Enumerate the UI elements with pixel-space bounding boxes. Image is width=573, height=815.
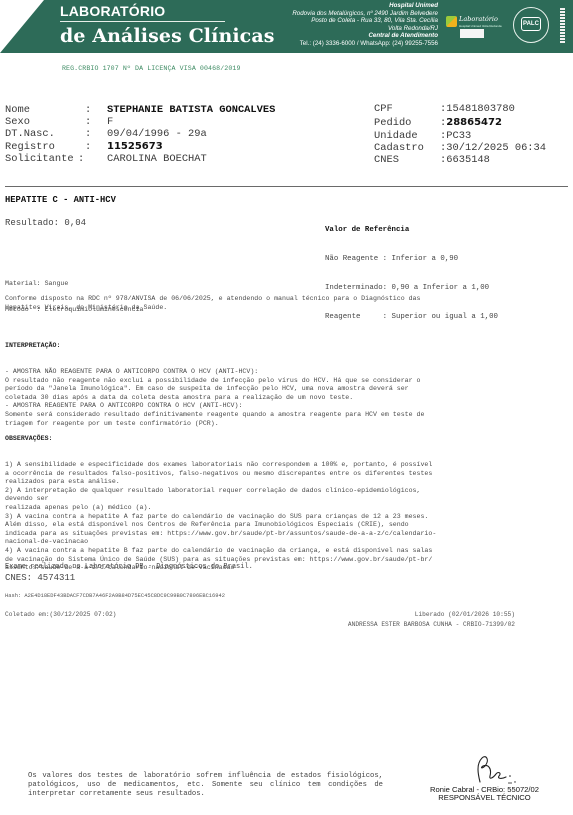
exam-title: HEPATITE C - ANTI-HCV <box>5 195 116 205</box>
brand-title-top: LABORATÓRIO <box>60 3 165 19</box>
field-colon: : <box>85 141 107 153</box>
header-notch <box>0 0 44 53</box>
address-line-3: Volta Redonda/RJ <box>248 25 438 33</box>
field-label: CPF <box>374 103 440 115</box>
lab-logo-subtitle: Hospital Unimed Volta Redonda <box>459 24 502 28</box>
cpf-row: CPF : 15481803780 <box>374 103 546 115</box>
order-info: CPF : 15481803780 Pedido : 28865472 Unid… <box>374 103 546 166</box>
interpretation-title: INTERPRETAÇÃO: <box>5 342 424 351</box>
field-label: CNES <box>374 154 440 166</box>
leaf-logo-icon <box>446 16 457 27</box>
field-label: Nome <box>5 104 85 116</box>
patient-solicitante: CAROLINA BOECHAT <box>107 153 207 165</box>
central-label: Central de Atendimento <box>248 32 438 40</box>
collected-date: Coletado em:(30/12/2025 07:02) <box>5 611 116 618</box>
patient-info: Nome : STEPHANIE BATISTA GONCALVES Sexo … <box>5 104 275 165</box>
released-date: Liberado (02/01/2026 10:55) <box>400 611 515 618</box>
field-label: DT.Nasc. <box>5 128 85 140</box>
patient-name: STEPHANIE BATISTA GONCALVES <box>107 104 275 116</box>
observations-title: OBSERVAÇÕES: <box>5 435 436 444</box>
address-line-1: Rodovia dos Metalúrgicos, nº 2490 Jardim… <box>248 10 438 18</box>
field-label: Sexo <box>5 116 85 128</box>
field-colon: : <box>85 104 107 116</box>
registration-line: REG.CRBIO 1707 Nº DA LICENÇA VISA 00468/… <box>62 65 241 72</box>
patient-solicitante-row: Solicitante: CAROLINA BOECHAT <box>5 153 275 165</box>
accreditation-box <box>460 29 484 38</box>
patient-sex-row: Sexo : F <box>5 116 275 128</box>
cadastro-row: Cadastro : 30/12/2025 06:34 <box>374 142 546 154</box>
reference-value: Inferior a 0,90 <box>392 255 459 263</box>
brand-title-bottom: de Análises Clínicas <box>60 25 275 47</box>
patient-dob: 09/04/1996 - 29a <box>107 128 207 140</box>
reference-label: Não Reagente <box>325 255 383 263</box>
material: Material: Sangue <box>5 280 144 289</box>
reference-label: Indeterminado <box>325 284 383 292</box>
conformity-note: Conforme disposto na RDC nº 978/ANVISA d… <box>5 295 420 312</box>
technical-responsible: Ronie Cabral - CRBio: 55072/02 RESPONSÁV… <box>412 786 557 803</box>
cpf-value: 15481803780 <box>446 103 515 115</box>
patient-registro: 11525673 <box>107 141 163 153</box>
palc-seal-icon: PALC <box>513 7 549 43</box>
reference-row: Reagente : Superior ou igual a 1,00 <box>325 313 498 323</box>
palc-label: PALC <box>521 17 541 31</box>
released-by: ANDRESSA ESTER BARBOSA CUNHA - CRBIO-713… <box>324 621 515 628</box>
reference-title: Valor de Referência <box>325 226 498 236</box>
cnes-row: CNES : 6635148 <box>374 154 546 166</box>
patient-dob-row: DT.Nasc. : 09/04/1996 - 29a <box>5 128 275 140</box>
result-label: Resultado: <box>5 218 59 228</box>
patient-sex: F <box>107 116 113 128</box>
field-colon: : <box>85 128 107 140</box>
pedido-row: Pedido : 28865472 <box>374 117 546 129</box>
observations-text: 1) A sensibilidade e especificidade dos … <box>5 461 436 573</box>
observations-section: OBSERVAÇÕES: 1) A sensibilidade e especi… <box>5 418 436 581</box>
field-colon: : <box>78 153 107 165</box>
pedido-value: 28865472 <box>446 117 502 129</box>
reference-value: Superior ou igual a 1,00 <box>392 313 498 321</box>
signature-icon <box>466 752 526 786</box>
unidade-row: Unidade : PC33 <box>374 130 546 142</box>
report-hash: Hash: A2E4D18EDF43BDACF7CDB7A46F2A9B84D7… <box>5 593 225 599</box>
cadastro-value: 30/12/2025 06:34 <box>446 142 546 154</box>
field-label: Cadastro <box>374 142 440 154</box>
footer-disclaimer: Os valores dos testes de laboratório sof… <box>28 772 383 798</box>
field-label: Pedido <box>374 117 440 129</box>
reference-label: Reagente <box>325 313 383 321</box>
unidade-value: PC33 <box>446 130 471 142</box>
result-value: 0,04 <box>64 218 86 228</box>
field-label: Unidade <box>374 130 440 142</box>
section-divider <box>5 186 568 187</box>
signer-role: RESPONSÁVEL TÉCNICO <box>412 794 557 802</box>
material-method: Material: Sangue Método : Eletroquimiolu… <box>5 263 144 323</box>
field-label: Registro <box>5 141 85 153</box>
lab-header: LABORATÓRIO de Análises Clínicas Hospita… <box>0 0 573 53</box>
field-colon: : <box>85 116 107 128</box>
performed-cnes: CNES: 4574311 <box>5 573 75 583</box>
reference-row: Indeterminado: 0,90 a Inferior a 1,00 <box>325 284 498 294</box>
cnes-value: 6635148 <box>446 154 490 166</box>
patient-registro-row: Registro : 11525673 <box>5 141 275 153</box>
reference-values: Valor de Referência Não Reagente : Infer… <box>325 207 498 332</box>
lab-address: Hospital Unimed Rodovia dos Metalúrgicos… <box>248 2 438 48</box>
exam-result: Resultado: 0,04 <box>5 218 86 228</box>
vertical-seal-bar <box>560 8 565 44</box>
brand-divider <box>60 21 225 22</box>
reference-value: 0,90 a Inferior a 1,00 <box>392 284 490 292</box>
laboratorio-logo: Laboratório Hospital Unimed Volta Redond… <box>446 14 508 40</box>
field-label: Solicitante <box>5 153 85 165</box>
patient-name-row: Nome : STEPHANIE BATISTA GONCALVES <box>5 104 275 116</box>
reference-row: Não Reagente : Inferior a 0,90 <box>325 255 498 265</box>
performed-at: Exame realizado no Laboratório DB - Diag… <box>5 563 253 572</box>
phone-line: Tel.: (24) 3336-6000 / WhatsApp: (24) 99… <box>248 40 438 48</box>
lab-logo-title: Laboratório <box>459 15 498 23</box>
hospital-name: Hospital Unimed <box>248 2 438 10</box>
address-line-2: Posto de Coleta - Rua 33, 80, Vila Sta. … <box>248 17 438 25</box>
